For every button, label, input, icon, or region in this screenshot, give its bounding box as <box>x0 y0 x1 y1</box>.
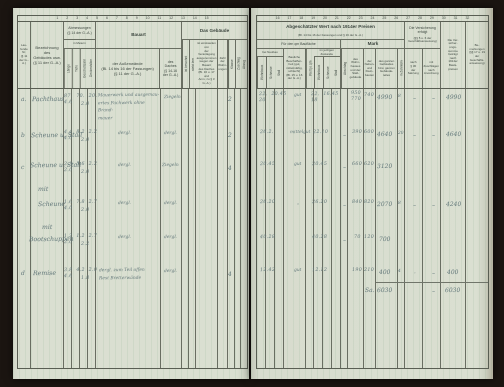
value-flaeche-zustand: 22. 16.45 18 <box>311 92 339 105</box>
value-flaeche-zustand: 20.45 <box>312 162 327 168</box>
header-gesamt-wert: des ganzen Gebäudes bzw. ganzen Gebäude-… <box>376 49 398 88</box>
value-flaeche-neubau: 26.2. <box>260 130 274 136</box>
header-g2-stall: Stall <box>332 57 340 88</box>
value-beschaffenheit: gut <box>294 162 301 168</box>
entry-measurement-2: 2.2 <box>81 242 90 248</box>
value-zehntel: 8 <box>398 201 401 207</box>
value-mark-wohnhaus: 70 <box>354 235 361 241</box>
entry-class: 2 <box>228 95 232 105</box>
value-versicherungssumme: 400 <box>447 268 459 278</box>
value-mark-abschlag: – <box>343 201 346 211</box>
ledger-right-page: 16 17 18 19 20 21 22 23 24 25 26 27 28 2… <box>251 8 493 379</box>
header-zehntel: in Zehnteln <box>398 49 405 88</box>
value-flaeche-neubau: 22. 20.45 20 <box>259 92 287 105</box>
value-gesamtwert: 4990 <box>377 93 392 103</box>
header-steht-leer: steht leer <box>189 40 196 88</box>
value-mark-nebenbau: 600 <box>364 130 374 136</box>
entry-wall-construction: Mauerwerk und ausgemau- ertes Fachwerk o… <box>98 92 160 123</box>
value-flaeche-neubau: 40.28 <box>260 235 275 241</box>
entry-wall-construction: dergl. <box>118 163 131 169</box>
header-nach-satzung: nach § 30 der Satzung <box>405 49 423 88</box>
value-versicherung-1: – <box>413 131 416 141</box>
header-wohnhaus-wert: des Wohn- hauses und der Stall- gebäude <box>348 49 364 88</box>
value-versicherung-1: – <box>413 94 416 104</box>
value-beschaffenheit: mittelgut <box>290 130 311 136</box>
value-gesamtwert: 400 <box>379 268 391 278</box>
right-table: 16 17 18 19 20 21 22 23 24 25 26 27 28 2… <box>256 15 489 369</box>
header-wert-je-qm: Wert je qm <box>306 49 314 88</box>
entry-name: Scheune <box>38 200 65 211</box>
header-wert-title: Abgeschätzter Wert nach 1914er Preisen <box>257 22 404 32</box>
entry-wall-construction: dergl. <box>118 201 131 207</box>
header-bauart-group: Bauart der Außenwände (Bl. 14 bis 16 der… <box>96 22 182 88</box>
left-table-body: a. Pachthaus 87. 70. 20. 4.6 2.0 Mauerwe… <box>18 89 247 368</box>
value-mark-wohnhaus: 660 <box>352 162 362 168</box>
header-klasse: Klasse <box>228 40 235 88</box>
sum-gesamtwert: 6030 <box>377 286 392 296</box>
value-zehntel: 4 <box>398 269 401 275</box>
header-g2-scheune: Scheune <box>323 57 332 88</box>
left-table: 1 2 3 4 5 6 7 8 9 10 11 12 13 14 15 Lau-… <box>17 15 248 369</box>
entry-nr: c <box>21 163 24 173</box>
header-g2-wohnhaus: Wohnhaus <box>314 57 323 88</box>
value-mark-wohnhaus: 190 <box>352 268 362 274</box>
left-table-header: Lau- fende Nr. (§ 11 der G.-A.) Bezeichn… <box>18 22 247 89</box>
header-mark: Mark <box>341 40 405 49</box>
right-table-body: 22. 20.45 20 gut 22. 16.45 18 950 770 74… <box>257 89 488 368</box>
left-handwriting-layer: a. Pachthaus 87. 70. 20. 4.6 2.0 Mauerwe… <box>18 89 247 368</box>
value-versicherungssumme: 4240 <box>446 200 461 210</box>
sum-versicherungssumme: 6030 <box>445 286 460 296</box>
entry-name: Remise <box>33 269 56 280</box>
header-versicherung-group: Die Versicherung erfolgt (§§ 5 u. 6 der … <box>405 22 441 88</box>
right-table-header: Abgeschätzter Wert nach 1914er Preisen (… <box>257 22 488 89</box>
header-gebaeude-group: Das Gebäude ist bewohnt steht leer ist e… <box>182 22 247 88</box>
value-mark-abschlag: – <box>343 236 346 246</box>
header-beschaffenheit: Bauliche Beschaffen- heit (gut, mittelmä… <box>284 49 306 88</box>
entry-roof: dergl. <box>164 269 177 275</box>
entry-roof: dergl. <box>164 235 177 241</box>
header-abmessungen-group: Abmessungen (§ 14 der G.-A.) in Metern L… <box>64 22 96 88</box>
value-versicherung-2: – <box>432 201 435 211</box>
header-veranlagung-note: ist einstweilen von der Veranlagung ausg… <box>196 40 218 88</box>
header-deckenhoehe: Deckenhöhe <box>87 49 95 88</box>
entry-measurement-2: 2.0 <box>81 138 90 144</box>
header-wert-subtitle: (Bl. 14 bis 16 der Fassungen und § 16 de… <box>257 32 404 40</box>
entry-measurement-2: 1.8 <box>81 276 90 282</box>
value-flaeche-zustand: 40.28 <box>312 235 327 241</box>
entry-class: 4 <box>228 270 232 280</box>
value-mark-wohnhaus: 840 <box>352 200 362 206</box>
header-qm-title: Für den qm Baufläche <box>257 40 340 49</box>
entry-class: 2 <box>228 131 232 141</box>
header-versicherung-title-box: Die Versicherung erfolgt (§§ 5 u. 6 der … <box>405 22 440 49</box>
header-bauart: Bauart <box>96 22 181 49</box>
header-nebenbauten-wert: der Neben- und Klein- bauten <box>364 49 376 88</box>
header-qm-group: Für den qm Baufläche bei Neubau Wohnhaus… <box>257 40 341 88</box>
value-versicherungssumme: 4640 <box>446 130 461 140</box>
header-das-gebaeude: Das Gebäude <box>182 22 247 40</box>
header-g1-stall: Stall <box>275 57 283 88</box>
value-versicherungssumme: 4990 <box>446 93 461 103</box>
header-bemerkungen: Be- merkungen (§§ 17 u. 19 der Geschäfts… <box>466 22 488 88</box>
header-bezeichnung: Bezeichnung des Gebäudes usw. (§ 11 der … <box>31 22 64 88</box>
sum-versicherung-2: – <box>432 287 435 297</box>
header-tiefe: Tiefe <box>72 49 80 88</box>
entry-class: 4 <box>228 164 232 174</box>
value-mark-wohnhaus: 390 <box>352 130 362 136</box>
value-versicherung-1: – <box>413 201 416 211</box>
value-mark-nebenbau: 120 <box>364 235 374 241</box>
header-dach: des Daches (§ 14-16 der G.-A.) <box>160 49 181 88</box>
value-mark-abschlag: – <box>343 163 346 173</box>
value-gesamtwert: 3120 <box>377 162 392 172</box>
entry-measurement-2: 2.0 <box>81 170 90 176</box>
value-gesamtwert: 700 <box>379 235 391 245</box>
value-mark-abschlag: – <box>343 131 346 141</box>
value-flaeche-neubau: 12.42 <box>260 268 275 274</box>
value-zehntel: 8 <box>398 94 401 100</box>
value-versicherung-1: · <box>414 269 416 279</box>
value-versicherung-2: – <box>432 94 435 104</box>
header-laufende-nr: Lau- fende Nr. (§ 11 der G.-A.) <box>18 22 31 88</box>
header-versicherung-subtitle: (§§ 5 u. 6 der Geschäftsanweisung) <box>405 36 440 45</box>
value-mark-nebenbau: 740 <box>364 93 374 99</box>
ledger-spread-photo: { "colors": { "background": "#1b1511", "… <box>0 0 504 387</box>
header-aussenwaende: der Außenwände (Bl. 14 bis 16 der Fassun… <box>96 49 160 88</box>
header-g1-wohnhaus: Wohnhaus <box>257 57 266 88</box>
ledger-left-page: 1 2 3 4 5 6 7 8 9 10 11 12 13 14 15 Lau-… <box>13 8 249 379</box>
value-zehntel: 20 <box>398 131 404 137</box>
header-versicherungssumme: Die Ver- sicher- ungs- summe beträgt nac… <box>441 22 466 88</box>
header-ist-bewohnt: ist bewohnt <box>182 40 189 88</box>
sum-divider-line <box>376 282 488 283</box>
value-mark-nebenbau: 210 <box>364 268 374 274</box>
header-abmessungen: Abmessungen (§ 14 der G.-A.) <box>64 22 95 40</box>
entry-roof: Ziegeln <box>164 95 181 101</box>
entry-nr: a. <box>21 95 27 105</box>
header-zahl-wohnungen: Zahl der Wohn- ungen <box>218 40 228 88</box>
entry-roof: dergl. <box>164 131 177 137</box>
right-handwriting-layer: 22. 20.45 20 gut 22. 16.45 18 950 770 74… <box>257 89 488 368</box>
value-mark-nebenbau: 820 <box>364 200 374 206</box>
value-gesamtwert: 2070 <box>377 200 392 210</box>
header-mark-group: Mark Abschlag des Wohn- hauses und der S… <box>341 40 405 88</box>
header-g1-scheune: Scheune <box>266 57 275 88</box>
value-gesamtwert: 4640 <box>377 130 392 140</box>
value-flaeche-neubau: 26.20 <box>260 200 275 206</box>
value-versicherung-2: – <box>432 131 435 141</box>
entry-nr: d <box>21 269 25 279</box>
header-zustand: im jetzigen Zustande <box>314 49 340 57</box>
entry-roof: Ziegeln <box>162 163 179 169</box>
value-flaeche-neubau: 20.45 <box>260 162 275 168</box>
header-abzug: Abzug <box>241 40 247 88</box>
entry-measurement-2: 2.0 <box>81 208 90 214</box>
value-beschaffenheit: gut <box>294 93 301 99</box>
header-mit-zuschlaegen: mit Zuschlägen nach Anordnung <box>423 49 440 88</box>
header-zustand-group: im jetzigen Zustande Wohnhaus Scheune St… <box>314 49 340 88</box>
value-versicherung-2: – <box>432 269 435 279</box>
entry-roof: dergl. <box>164 201 177 207</box>
header-in-metern: in Metern <box>64 40 95 49</box>
value-beschaffenheit: gut <box>294 268 301 274</box>
value-beschaffenheit: „ <box>297 201 299 207</box>
header-neubau: bei Neubau <box>257 49 283 57</box>
header-wert-group: Abgeschätzter Wert nach 1914er Preisen (… <box>257 22 405 88</box>
entry-nr: b <box>21 131 25 141</box>
value-mark-wohnhaus: 950 770 <box>351 91 361 104</box>
value-flaeche-zustand: 26.20 <box>312 200 327 206</box>
value-flaeche-zustand: 22.10 <box>313 130 328 136</box>
header-neubau-group: bei Neubau Wohnhaus Scheune Stall <box>257 49 284 88</box>
entry-name-cont: mit <box>42 223 52 234</box>
entry-name: Pachthaus <box>32 95 64 106</box>
header-laenge: Länge <box>64 49 72 88</box>
value-flaeche-zustand: 12.12 <box>312 268 327 274</box>
entry-name-cont: mit <box>38 185 48 196</box>
entry-wall-construction: dergl. <box>118 235 131 241</box>
value-mark-nebenbau: 620 <box>364 162 374 168</box>
header-abschlag: Abschlag <box>341 49 348 88</box>
entry-wall-construction: dergl. <box>118 131 131 137</box>
sum-label: Sa. <box>365 286 375 296</box>
entry-wall-construction: dergl. zum Teil offen Rest Bretterwände <box>99 267 159 283</box>
header-versicherung-title: Die Versicherung erfolgt <box>405 25 440 36</box>
entry-measurement-2: 2.0 <box>81 102 90 108</box>
